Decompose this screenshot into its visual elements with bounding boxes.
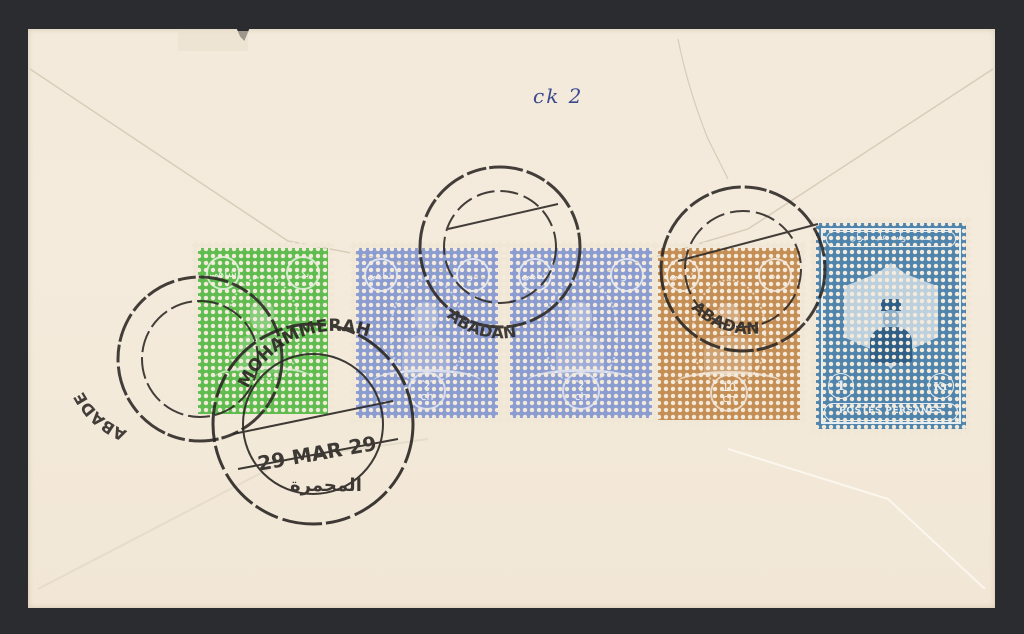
- stamp-corner-right: دو: [456, 258, 490, 292]
- stamp-corner-left: شاهی: [364, 258, 398, 292]
- stamp-denomination: 2 ch: [562, 372, 600, 410]
- stamp-portrait-icon: [544, 278, 618, 382]
- denomination-unit: ch: [722, 393, 735, 404]
- stamp-portrait-icon: [692, 279, 766, 383]
- stamp-top-legend: پست دولت علیه ایران: [826, 231, 956, 247]
- stamp-bottom-legend: POSTES PERSANES: [824, 403, 958, 421]
- denomination-unit: ch: [574, 391, 587, 402]
- stamp-corner-left: شاهی: [666, 258, 700, 292]
- stamp-corner-right: یک: [286, 256, 320, 290]
- stamp-corner-left: شاهی: [518, 258, 552, 292]
- stamp-orange: شاهی ده 10 ch: [652, 242, 806, 426]
- stamp-portrait-icon: [868, 295, 914, 365]
- stamp-corner-right: ده: [758, 258, 792, 292]
- stamp-portrait-icon: [390, 278, 464, 382]
- stamp-corner-left: شاهی: [206, 256, 240, 290]
- handwritten-note: ck 2: [533, 84, 583, 108]
- stamp-portrait-icon: [226, 276, 300, 380]
- stamp-denomination: 2 ch: [408, 372, 446, 410]
- stamp-teal: پست دولت علیه ایران 1 Kr POSTES PERSANES: [810, 217, 972, 435]
- stamp-value-right: Kr: [928, 373, 954, 399]
- stamp-corner-right: دو: [610, 258, 644, 292]
- stamp-ribbon: [214, 366, 313, 391]
- envelope: ck 2 شاهی یک شاهی دو 2 ch شاهی دو: [28, 29, 995, 608]
- stamp-denomination: 10 ch: [710, 374, 748, 412]
- stamp-blue-1: شاهی دو 2 ch: [350, 242, 504, 424]
- stamp-blue-2: شاهی دو 2 ch: [504, 242, 658, 424]
- stamp-value-left: 1: [828, 373, 854, 399]
- stamp-green: شاهی یک: [192, 242, 334, 420]
- denomination-unit: ch: [420, 391, 433, 402]
